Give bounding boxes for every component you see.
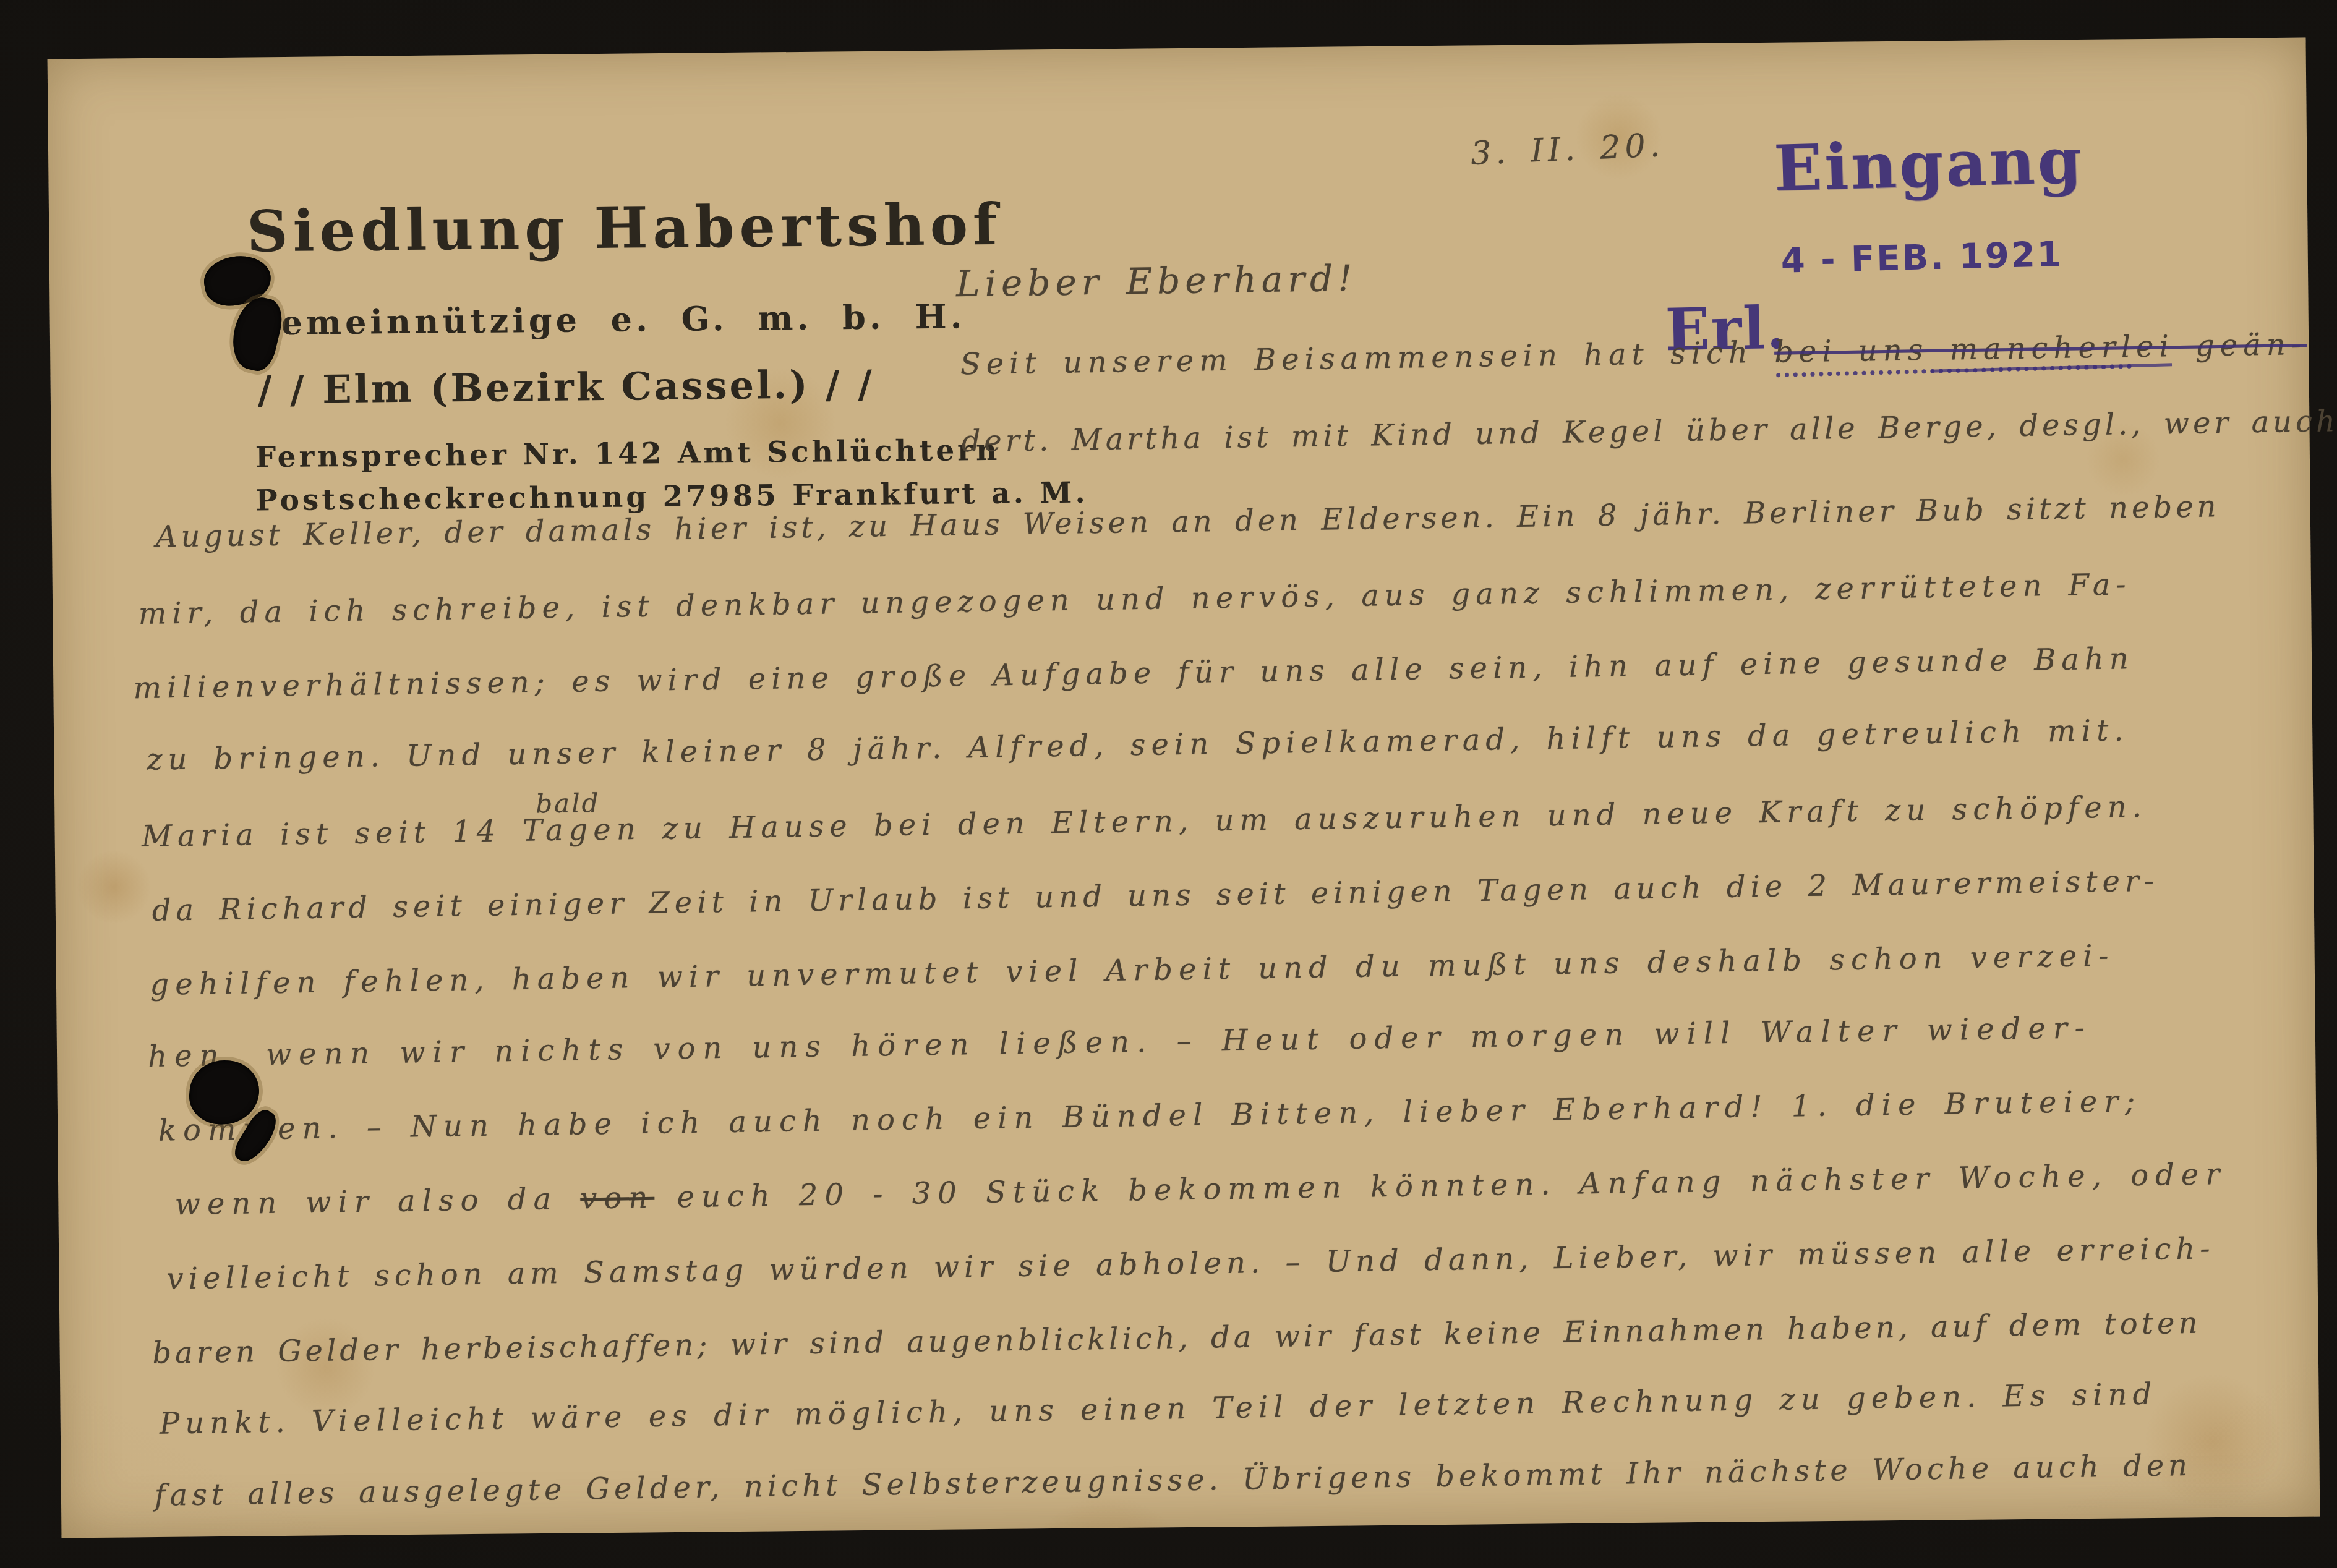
line1-struck-text: bei uns mancherlei geän-: [1774, 327, 2307, 370]
handwriting-line-13: vielleicht schon am Samstag würden wir s…: [166, 1231, 2215, 1296]
handwriting-line-6: zu bringen. Und unser kleiner 8 jähr. Al…: [147, 713, 2129, 777]
handwriting-line-3: August Keller, der damals hier ist, zu H…: [155, 489, 2220, 555]
handwriting-line-14: baren Gelder herbeischaffen; wir sind au…: [152, 1306, 2202, 1371]
handwriting-line-16: fast alles ausgelegte Gelder, nicht Selb…: [154, 1448, 2192, 1513]
handwriting-line-10: hen, wenn wir nichts von uns hören ließe…: [148, 1010, 2092, 1074]
line1-text: Seit unserem Beisammensein hat sich: [960, 335, 1774, 382]
handwriting-line-1: Seit unserem Beisammensein hat sich bei …: [960, 327, 2307, 381]
handwriting-line-12: wenn wir also da von euch 20 - 30 Stück …: [174, 1157, 2226, 1222]
handwriting-line-7: Maria ist seit 14 Tagen zu Hause bei den…: [142, 790, 2148, 854]
line12-text-post: euch 20 - 30 Stück bekommen könnten. Anf…: [654, 1157, 2227, 1215]
handwriting-line-8: da Richard seit einiger Zeit in Urlaub i…: [152, 864, 2159, 928]
handwriting-line-9: gehilfen fehlen, haben wir unvermutet vi…: [150, 939, 2115, 1002]
handwriting-line-15: Punkt. Vielleicht wäre es dir möglich, u…: [160, 1377, 2158, 1441]
handwriting-line-4: mir, da ich schreibe, ist denkbar ungezo…: [138, 567, 2132, 631]
handwriting-block: Lieber Eberhard! Seit unserem Beisammens…: [43, 32, 2323, 1544]
line12-text-pre: wenn wir also da: [174, 1182, 580, 1222]
handwriting-line-11: kommen. – Nun habe ich auch noch ein Bün…: [158, 1084, 2142, 1148]
handwriting-line-5: milienverhältnissen; es wird eine große …: [133, 641, 2134, 705]
line12-struck-word: von: [580, 1180, 655, 1216]
letter-page: Siedlung Habertshof gemeinnützige e. G. …: [48, 38, 2320, 1538]
handwriting-line-2: dert. Martha ist mit Kind und Kegel über…: [961, 404, 2337, 459]
salutation: Lieber Eberhard!: [955, 257, 1357, 305]
